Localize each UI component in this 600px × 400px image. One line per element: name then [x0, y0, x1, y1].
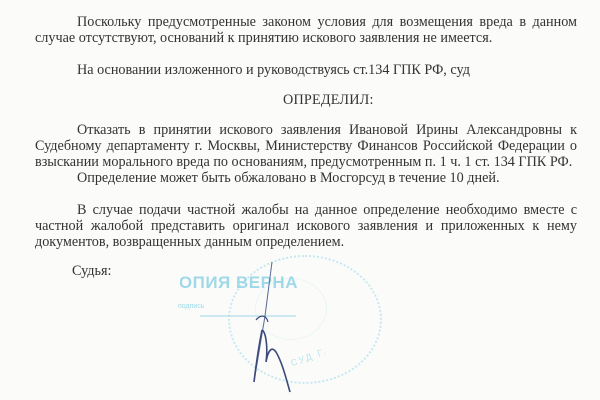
- signature-icon: [0, 0, 600, 400]
- court-ruling-page: Поскольку предусмотренные законом услови…: [0, 0, 600, 400]
